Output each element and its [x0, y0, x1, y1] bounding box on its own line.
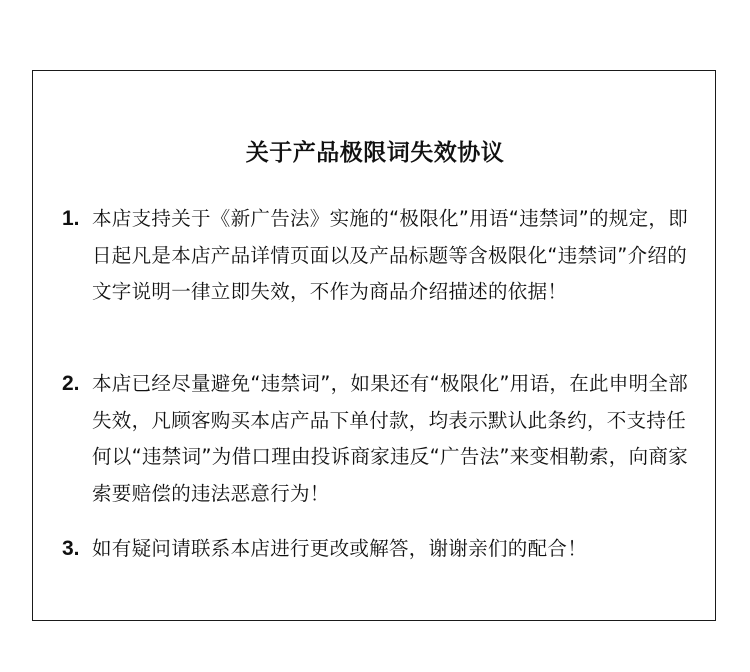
clause-text: 如有疑问请联系本店进行更改或解答，谢谢亲们的配合！	[92, 531, 702, 568]
clause-text: 本店已经尽量避免“违禁词”，如果还有“极限化”用语，在此申明全部失效，凡顾客购买…	[92, 366, 702, 512]
document-title: 关于产品极限词失效协议	[0, 138, 750, 168]
clause-2: 2. 本店已经尽量避免“违禁词”，如果还有“极限化”用语，在此申明全部失效，凡顾…	[62, 366, 702, 512]
clause-number: 3.	[62, 531, 80, 568]
clause-1: 1. 本店支持关于《新广告法》实施的“极限化”用语“违禁词”的规定，即日起凡是本…	[62, 201, 702, 311]
clause-text: 本店支持关于《新广告法》实施的“极限化”用语“违禁词”的规定，即日起凡是本店产品…	[92, 201, 702, 311]
clause-number: 2.	[62, 366, 80, 403]
clause-3: 3. 如有疑问请联系本店进行更改或解答，谢谢亲们的配合！	[62, 531, 702, 568]
clause-number: 1.	[62, 201, 80, 238]
